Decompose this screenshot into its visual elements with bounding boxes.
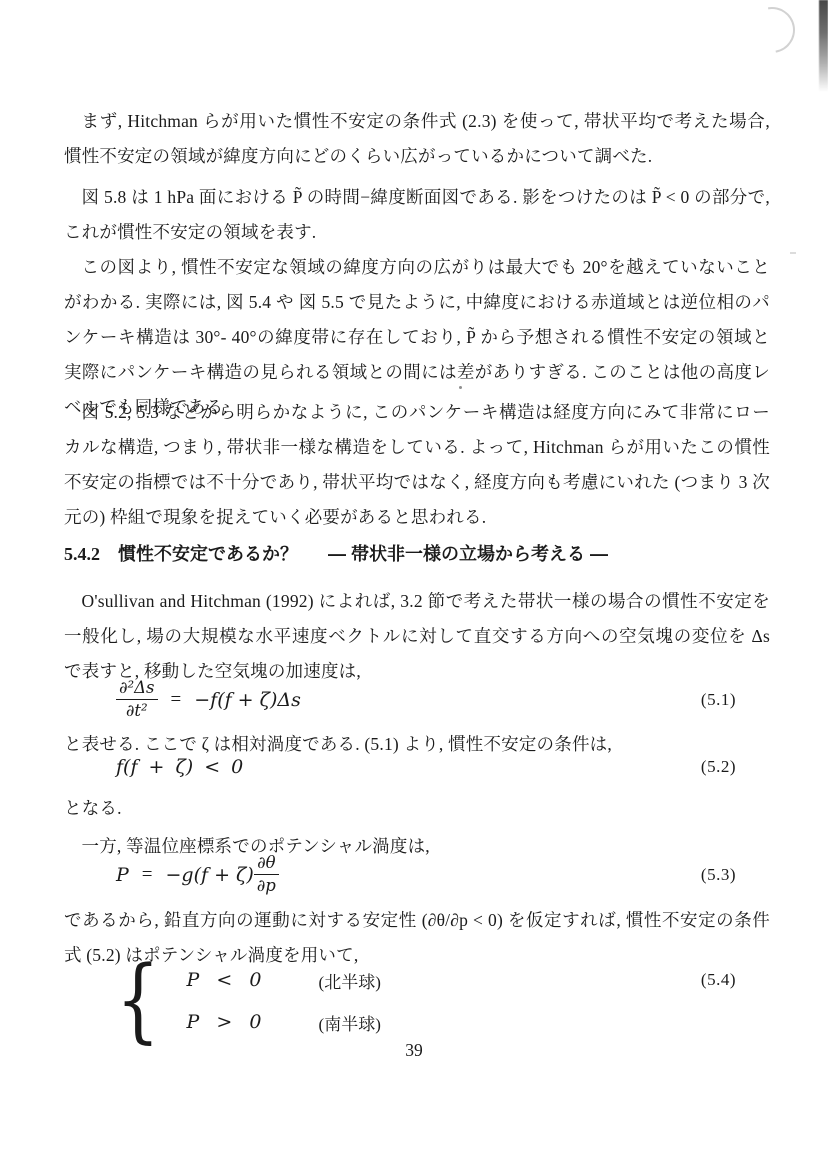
scan-speck	[790, 252, 796, 254]
section-title: 慣性不安定であるか？	[118, 540, 298, 566]
page-number: 39	[0, 1040, 828, 1061]
paragraph-tonaru: となる.	[64, 791, 770, 826]
section-subtitle: — 帯状非一様の立場から考える —	[328, 540, 608, 566]
equation-expression: f(f + ζ) < 0	[116, 756, 243, 778]
fraction: ∂²Δs ∂t²	[116, 678, 158, 721]
paragraph-pancake-local: 図 5.2, 5.3 などから明らかなように, このパンケーキ構造は経度方向にみ…	[64, 395, 770, 535]
equation-5-4: { P < 0 (北半球) P > 0 (南半球) (5.4)	[64, 958, 770, 1044]
equation-rhs: −f(f + ζ)Δs	[194, 689, 301, 711]
scan-curl-mark-artifact	[740, 0, 804, 62]
equation-number: (5.4)	[701, 970, 736, 990]
section-heading: 5.4.2 慣性不安定であるか？ — 帯状非一様の立場から考える —	[64, 540, 770, 566]
scan-edge-shadow-artifact	[819, 0, 828, 92]
paragraph-intro: まず, Hitchman らが用いた慣性不安定の条件式 (2.3) を使って, …	[64, 104, 770, 174]
equation-number: (5.3)	[701, 865, 736, 885]
equals-sign: =	[142, 864, 153, 886]
equation-5-3: P = −g(f + ζ) ∂θ ∂p (5.3)	[64, 845, 770, 905]
equation-lhs: P	[116, 864, 129, 886]
fraction: ∂θ ∂p	[254, 853, 279, 896]
case-northern-hemisphere: P < 0 (北半球)	[187, 960, 381, 1000]
equation-5-1: ∂²Δs ∂t² = −f(f + ζ)Δs (5.1)	[64, 672, 770, 728]
paragraph-figure-5-8: 図 5.8 は 1 hPa 面における P̃ の時間−緯度断面図である. 影をつ…	[64, 180, 770, 250]
scanned-thesis-page: まず, Hitchman らが用いた慣性不安定の条件式 (2.3) を使って, …	[0, 0, 828, 1167]
equals-sign: =	[171, 689, 182, 711]
cases-list: P < 0 (北半球) P > 0 (南半球)	[187, 958, 381, 1044]
equation-rhs-prefix: −g(f + ζ)	[166, 864, 254, 886]
equation-number: (5.1)	[701, 690, 736, 710]
section-number: 5.4.2	[64, 544, 100, 565]
equation-5-2: f(f + ζ) < 0 (5.2)	[64, 748, 770, 786]
equation-number: (5.2)	[701, 757, 736, 777]
cases-brace: {	[116, 958, 160, 1044]
case-southern-hemisphere: P > 0 (南半球)	[187, 1002, 381, 1042]
